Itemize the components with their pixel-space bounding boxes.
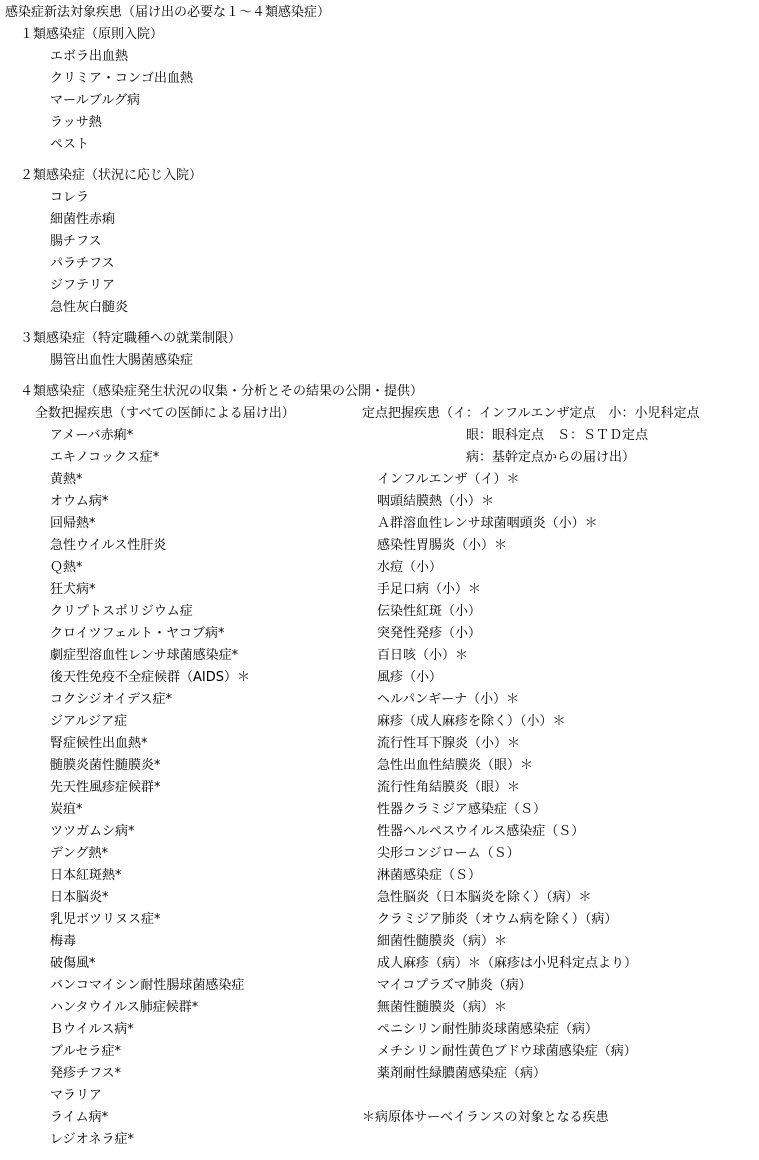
all-cases-header: 全数把握疾患（すべての医師による届け出） (35, 406, 295, 422)
list-item: 性器ヘルペスウイルス感染症（Ｓ） (377, 824, 584, 840)
list-item: インフルエンザ（イ）＊ (377, 472, 519, 488)
list-item: 日本脳炎* (50, 890, 109, 906)
list-item: 無菌性髄膜炎（病）＊ (377, 1000, 507, 1016)
list-item: ツツガムシ病* (50, 824, 135, 840)
list-item: クラミジア肺炎（オウム病を除く）（病） (377, 912, 617, 928)
list-item: Ｑ熱* (50, 560, 83, 576)
list-item: パラチフス (50, 256, 114, 272)
sentinel-legend: 眼：眼科定点 Ｓ：ＳＴＤ定点 (466, 428, 648, 444)
list-item: 黄熱* (50, 472, 83, 488)
list-item: 手足口病（小）＊ (377, 582, 481, 598)
list-item: 細菌性赤痢 (50, 212, 115, 228)
list-item: 流行性角結膜炎（眼）＊ (377, 780, 520, 796)
list-item: アメーバ赤痢* (50, 428, 133, 444)
list-item: 麻疹（成人麻疹を除く）（小）＊ (377, 714, 566, 730)
list-item: エボラ出血熱 (50, 49, 128, 65)
list-item: クロイツフェルト・ヤコブ病* (50, 626, 224, 642)
list-item: 髄膜炎菌性髄膜炎* (50, 758, 161, 774)
list-item: 細菌性髄膜炎（病）＊ (377, 934, 507, 950)
list-item: 咽頭結膜熱（小）＊ (377, 494, 494, 510)
list-item: 劇症型溶血性レンサ球菌感染症* (50, 648, 238, 664)
list-item: 腸チフス (50, 234, 101, 250)
list-item: 狂犬病* (50, 582, 96, 598)
list-item: バンコマイシン耐性腸球菌感染症 (50, 978, 244, 994)
list-item: 腸管出血性大腸菌感染症 (50, 353, 193, 369)
list-item: 急性脳炎（日本脳炎を除く）（病）＊ (377, 890, 592, 906)
category2-header: ２類感染症（状況に応じ入院） (20, 168, 202, 184)
list-item: ヘルパンギーナ（小）＊ (377, 692, 519, 708)
list-item: 成人麻疹（病）＊（麻疹は小児科定点より） (377, 956, 637, 972)
list-item: 薬剤耐性緑膿菌感染症（病） (377, 1066, 546, 1082)
category4-header: ４類感染症（感染症発生状況の収集・分析とその結果の公開・提供） (20, 384, 423, 400)
list-item: Ａ群溶血性レンサ球菌咽頭炎（小）＊ (377, 516, 598, 532)
list-item: 淋菌感染症（Ｓ） (377, 868, 481, 884)
list-item: エキノコックス症* (50, 450, 159, 466)
list-item: コレラ (50, 190, 89, 206)
list-item: 後天性免疫不全症候群（AIDS）＊ (50, 670, 250, 686)
list-item: 急性ウイルス性肝炎 (50, 538, 166, 554)
sentinel-legend: 病：基幹定点からの届け出） (466, 450, 635, 466)
list-item: マラリア (50, 1088, 102, 1104)
list-item: マイコプラズマ肺炎（病） (377, 978, 532, 994)
list-item: 梅毒 (50, 934, 76, 950)
list-item: オウム病* (50, 494, 108, 510)
list-item: 乳児ボツリヌス症* (50, 912, 161, 928)
category3-header: ３類感染症（特定職種への就業制限） (20, 331, 241, 347)
list-item: コクシジオイデス症* (50, 692, 172, 708)
list-item: 流行性耳下腺炎（小）＊ (377, 736, 520, 752)
list-item: 風疹（小） (377, 670, 442, 686)
list-item: 伝染性紅斑（小） (377, 604, 481, 620)
list-item: クリミア・コンゴ出血熱 (50, 71, 193, 87)
list-item: メチシリン耐性黄色ブドウ球菌感染症（病） (377, 1044, 637, 1060)
list-item: 水痘（小） (377, 560, 442, 576)
list-item: 腎症候性出血熱* (50, 736, 148, 752)
list-item: ライム病* (50, 1110, 108, 1126)
list-item: ハンタウイルス肺症候群* (50, 1000, 198, 1016)
list-item: 感染性胃腸炎（小）＊ (377, 538, 507, 554)
list-item: 急性出血性結膜炎（眼）＊ (377, 758, 533, 774)
list-item: ペニシリン耐性肺炎球菌感染症（病） (377, 1022, 598, 1038)
list-item: Ｂウイルス病* (50, 1022, 134, 1038)
category1-header: １類感染症（原則入院） (20, 27, 163, 43)
footnote: ＊病原体サーベイランスの対象となる疾患 (362, 1110, 609, 1126)
list-item: 炭疽* (50, 802, 83, 818)
list-item: ブルセラ症* (50, 1044, 121, 1060)
list-item: 急性灰白髄炎 (50, 300, 128, 316)
list-item: ジフテリア (50, 278, 115, 294)
list-item: 回帰熱* (50, 516, 96, 532)
list-item: 百日咳（小）＊ (377, 648, 468, 664)
list-item: 尖形コンジローム（Ｓ） (377, 846, 520, 862)
page-title: 感染症新法対象疾患（届け出の必要な１～４類感染症） (5, 5, 330, 21)
list-item: 先天性風疹症候群* (50, 780, 161, 796)
sentinel-header: 定点把握疾患（イ：インフルエンザ定点 小：小児科定点 (362, 406, 699, 422)
list-item: マールブルグ病 (50, 93, 140, 109)
list-item: デング熱* (50, 846, 108, 862)
list-item: レジオネラ症* (50, 1132, 134, 1148)
list-item: ペスト (50, 137, 89, 153)
list-item: クリプトスポリジウム症 (50, 604, 193, 620)
list-item: 破傷風* (50, 956, 96, 972)
list-item: 発疹チフス* (50, 1066, 121, 1082)
list-item: 性器クラミジア感染症（Ｓ） (377, 802, 546, 818)
list-item: ラッサ熱 (50, 115, 102, 131)
list-item: 突発性発疹（小） (377, 626, 481, 642)
list-item: 日本紅斑熱* (50, 868, 122, 884)
list-item: ジアルジア症 (50, 714, 127, 730)
